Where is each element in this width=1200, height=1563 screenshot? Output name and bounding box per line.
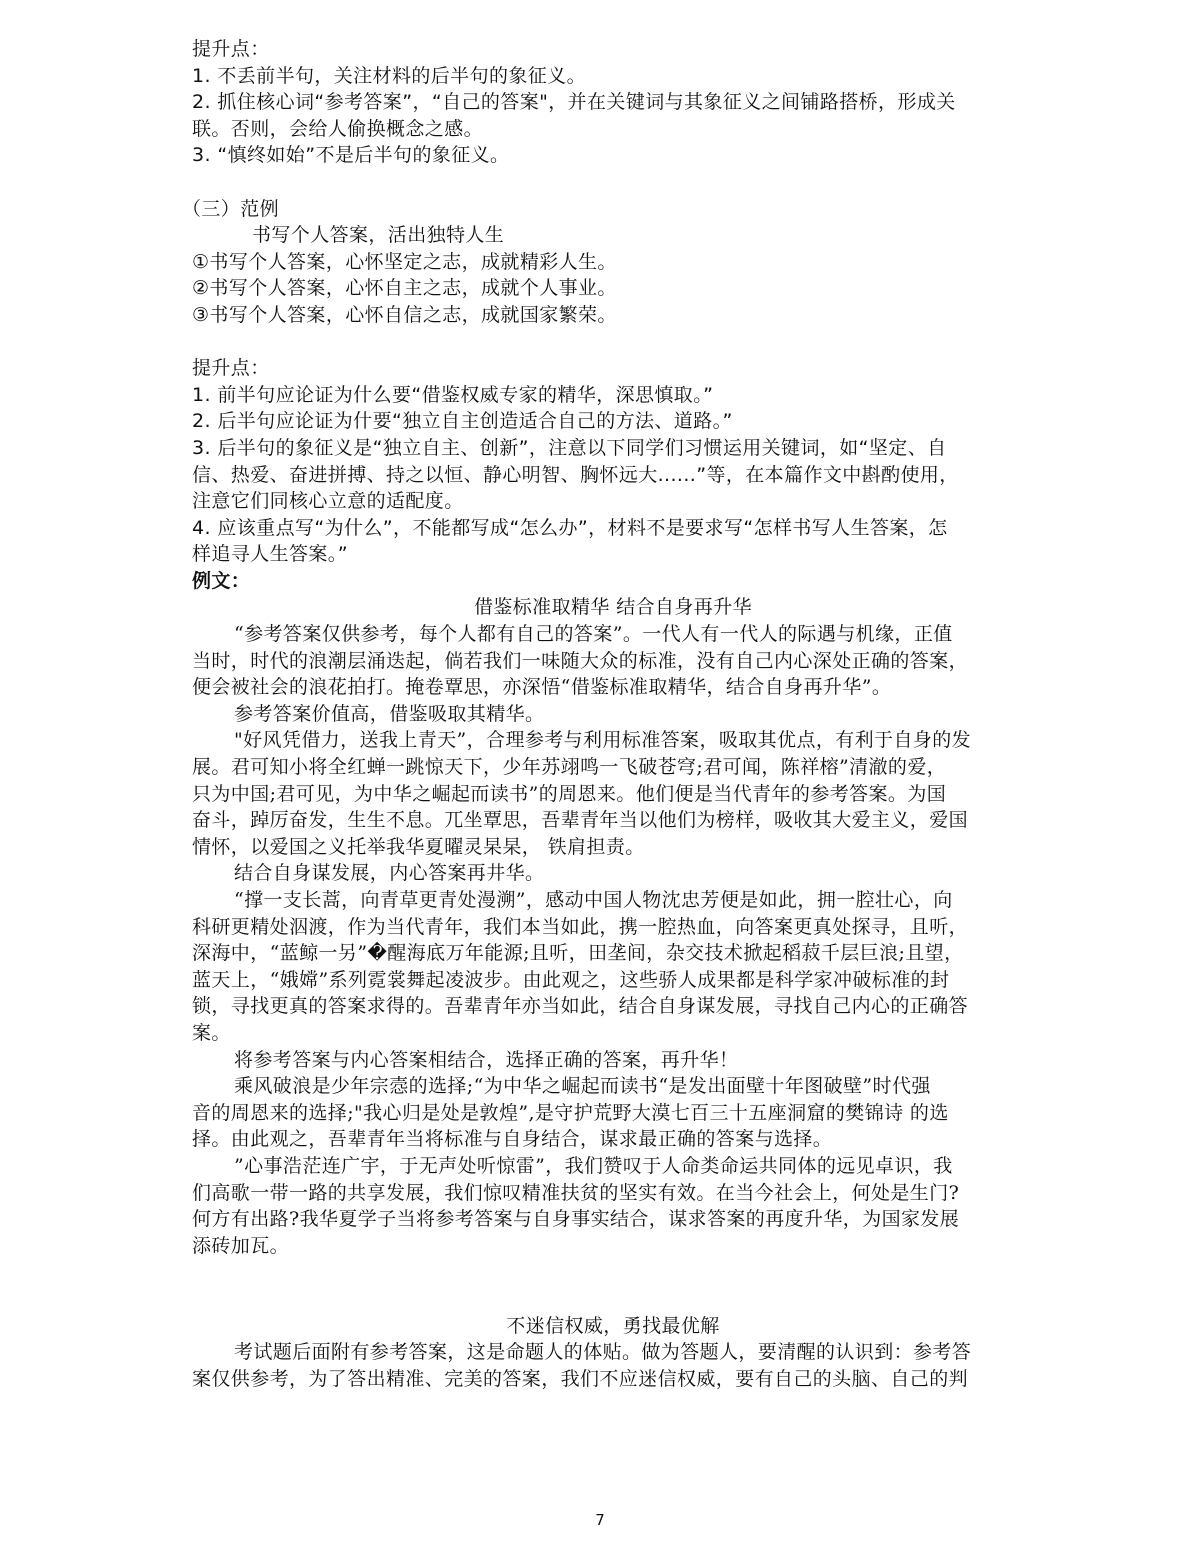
section1-line-2: 2. 抓住核心词“参考答案”，“自己的答案"，并在关键词与其象征义之间铺路搭桥，… bbox=[192, 89, 1034, 116]
essay1-paragraph-line: 深海中，“蓝鲸一另”�醒海底万年能源;且听，田垄间，杂交技术掀起稻菽千层巨浪;且… bbox=[192, 940, 1034, 967]
essay1-paragraph-line: 只为中国;君可见，为中华之崛起而读书”的周恩来。他们便是当代青年的参考答案。为国 bbox=[192, 781, 1034, 808]
section2-title: 书写个人答案，活出独特人生 bbox=[192, 222, 1034, 249]
page-number: 7 bbox=[0, 1511, 1200, 1529]
section3-line-5: 注意它们同核心立意的适配度。 bbox=[192, 488, 1034, 515]
essay1-paragraph-line: 乘风破浪是少年宗悫的选择;“为中华之崛起而读书“是发出面壁十年图破壁”时代强 bbox=[192, 1073, 1034, 1100]
essay1-paragraph-line: “参考答案仅供参考，每个人都有自己的答案”。一代人有一代人的际遇与机缘，正值 bbox=[192, 621, 1034, 648]
essay1-paragraph-line: 锁，寻找更真的答案求得的。吾辈青年亦当如此，结合自身谋发展，寻找自己内心的正确答 bbox=[192, 993, 1034, 1020]
section3-line-7: 样追寻人生答案。” bbox=[192, 541, 1034, 568]
spacer bbox=[192, 1286, 1034, 1313]
spacer bbox=[192, 1259, 1034, 1286]
essay1-paragraph-line: 当时，时代的浪潮层涌迭起，倘若我们一味随大众的标准，没有自己内心深处正确的答案， bbox=[192, 648, 1034, 675]
section1-heading: 提升点： bbox=[192, 36, 1034, 63]
essay1-paragraph-line: 蓝天上，“娥嫦”系列霓裳舞起凌波步。由此观之，这些骄人成果都是科学家冲破标准的封 bbox=[192, 967, 1034, 994]
section2-item-3: ③书写个人答案，心怀自信之志，成就国家繁荣。 bbox=[192, 302, 1034, 329]
essay2-paragraph-line: 案仅供参考，为了答出精准、完美的答案，我们不应迷信权威，要有自己的头脑、自己的判 bbox=[192, 1366, 1034, 1393]
essay1-paragraph-line: 奋斗，踔厉奋发，生生不息。兀坐覃思，吾辈青年当以他们为榜样，吸收其大爱主义，爱国 bbox=[192, 807, 1034, 834]
essay2-body: 考试题后面附有参考答案，这是命题人的体贴。做为答题人，要清醒的认识到：参考答案仅… bbox=[192, 1339, 1034, 1392]
example-essay-label: 例文： bbox=[192, 568, 1034, 595]
essay1-paragraph-line: “撑一支长蒿，向青草更青处漫溯”，感动中国人物沈忠芳便是如此，拥一腔壮心，向 bbox=[192, 887, 1034, 914]
section2-item-2: ②书写个人答案，心怀自主之志，成就个人事业。 bbox=[192, 275, 1034, 302]
essay1-body: “参考答案仅供参考，每个人都有自己的答案”。一代人有一代人的际遇与机缘，正值当时… bbox=[192, 621, 1034, 1259]
essay1-paragraph-line: 们高歌一带一路的共享发展，我们惊叹精准扶贫的坚实有效。在当今社会上，何处是生门? bbox=[192, 1180, 1034, 1207]
essay2-title: 不迷信权威，勇找最优解 bbox=[192, 1313, 1034, 1340]
essay1-paragraph-line: 参考答案价值高，借鉴吸取其精华。 bbox=[192, 701, 1034, 728]
spacer bbox=[192, 169, 1034, 196]
essay1-paragraph-line: 科研更精处泅渡，作为当代青年，我们本当如此，携一腔热血，向答案更真处探寻，且听， bbox=[192, 914, 1034, 941]
section3-heading: 提升点： bbox=[192, 355, 1034, 382]
essay1-paragraph-line: 结合自身谋发展，内心答案再井华。 bbox=[192, 860, 1034, 887]
document-page: 提升点： 1. 不丢前半句，关注材料的后半句的象征义。 2. 抓住核心词“参考答… bbox=[192, 36, 1034, 1392]
essay1-paragraph-line: "好风凭借力，送我上青天”，合理参考与利用标准答案，吸取其优点，有利于自身的发 bbox=[192, 727, 1034, 754]
essay1-paragraph-line: 情怀，以爱国之义托举我华夏曜灵杲杲， 铁肩担责。 bbox=[192, 834, 1034, 861]
section2-heading: （三）范例 bbox=[182, 196, 1034, 223]
essay1-paragraph-line: 案。 bbox=[192, 1020, 1034, 1047]
section1-line-1: 1. 不丢前半句，关注材料的后半句的象征义。 bbox=[192, 63, 1034, 90]
essay1-title: 借鉴标准取精华 结合自身再升华 bbox=[192, 594, 1034, 621]
essay1-paragraph-line: 将参考答案与内心答案相结合，选择正确的答案，再升华！ bbox=[192, 1047, 1034, 1074]
essay1-paragraph-line: 便会被社会的浪花拍打。掩卷覃思，亦深悟“借鉴标准取精华，结合自身再升华”。 bbox=[192, 674, 1034, 701]
essay1-paragraph-line: ”心事浩茫连广宇，于无声处听惊雷”，我们赞叹于人命类命运共同体的远见卓识，我 bbox=[192, 1153, 1034, 1180]
essay1-paragraph-line: 何方有出路?我华夏学子当将参考答案与自身事实结合，谋求答案的再度升华，为国家发展 bbox=[192, 1206, 1034, 1233]
section2-item-1: ①书写个人答案，心怀坚定之志，成就精彩人生。 bbox=[192, 249, 1034, 276]
spacer bbox=[192, 329, 1034, 356]
essay2-paragraph-line: 考试题后面附有参考答案，这是命题人的体贴。做为答题人，要清醒的认识到：参考答 bbox=[192, 1339, 1034, 1366]
section3-line-4: 信、热爱、奋进拼搏、持之以恒、静心明智、胸怀远大......”等，在本篇作文中斟… bbox=[192, 462, 1034, 489]
section3-line-6: 4. 应该重点写“为什么”，不能都写成“怎么办”，材料不是要求写“怎样书写人生答… bbox=[192, 515, 1034, 542]
section1-line-4: 3. “慎终如始”不是后半句的象征义。 bbox=[192, 142, 1034, 169]
section3-line-2: 2. 后半句应论证为什要“独立自主创造适合自己的方法、道路。” bbox=[192, 408, 1034, 435]
section3-line-3: 3. 后半句的象征义是“独立自主、创新”，注意以下同学们习惯运用关键词，如“坚定… bbox=[192, 435, 1034, 462]
section3-line-1: 1. 前半句应论证为什么要“借鉴权威专家的精华，深思慎取。” bbox=[192, 382, 1034, 409]
essay1-paragraph-line: 添砖加瓦。 bbox=[192, 1233, 1034, 1260]
essay1-paragraph-line: 展。君可知小将全红蝉一跳惊天下，少年苏翊鸣一飞破苍穹;君可闻，陈祥榕”清澈的爱， bbox=[192, 754, 1034, 781]
section1-line-3: 联。否则，会给人偷换概念之感。 bbox=[192, 116, 1034, 143]
essay1-paragraph-line: 择。由此观之，吾辈青年当将标准与自身结合，谋求最正确的答案与选择。 bbox=[192, 1126, 1034, 1153]
essay1-paragraph-line: 音的周恩来的选择;"我心归是处是敦煌”,是守护荒野大漠七百三十五座洞窟的樊锦诗 … bbox=[192, 1100, 1034, 1127]
